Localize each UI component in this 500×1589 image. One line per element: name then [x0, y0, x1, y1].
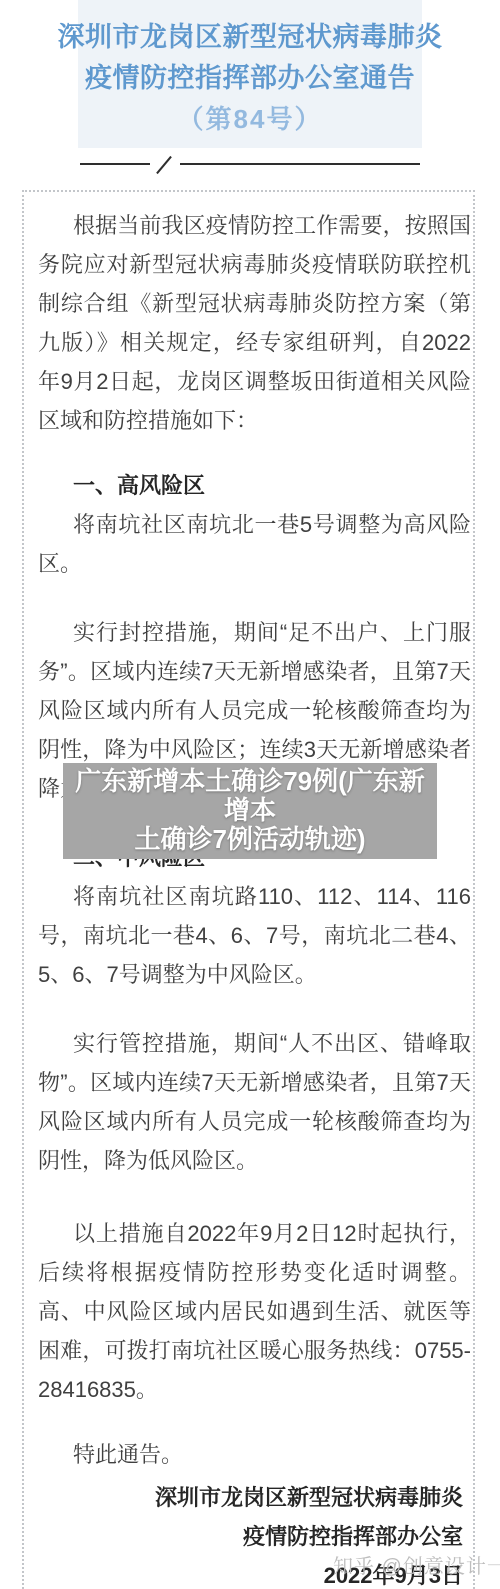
notice-body-box: 根据当前我区疫情防控工作需要，按照国务院应对新型冠状病毒肺炎疫情联防联控机制综合… — [22, 190, 475, 1589]
section1-paragraph1: 将南坑社区南坑北一巷5号调整为高风险区。 — [38, 505, 471, 583]
signature-org-line1: 深圳市龙岗区新型冠状病毒肺炎 — [155, 1478, 463, 1517]
notice-issue-number: （第84号） — [178, 99, 323, 140]
section1-heading: 一、高风险区 — [38, 466, 471, 505]
closing-measures-paragraph: 以上措施自2022年9月2日12时起执行，后续将根据疫情防控形势变化适时调整。高… — [38, 1214, 471, 1409]
hereby-notice-line: 特此通告。 — [38, 1435, 471, 1474]
banner-headline-line1: 广东新增本土确诊79例(广东新增本 — [63, 767, 437, 825]
intro-paragraph: 根据当前我区疫情防控工作需要，按照国务院应对新型冠状病毒肺炎疫情联防联控机制综合… — [38, 206, 471, 440]
section2-paragraph1: 将南坑社区南坑路110、112、114、116号，南坑北一巷4、6、7号，南坑北… — [38, 877, 471, 994]
zhihu-watermark: 知乎 @创意设计一分钟 — [333, 1550, 500, 1579]
notice-header-card: 深圳市龙岗区新型冠状病毒肺炎 疫情防控指挥部办公室通告 （第84号） — [78, 0, 422, 148]
banner-headline-line2: 土确诊7例活动轨迹) — [63, 825, 437, 854]
section2-paragraph2: 实行管控措施，期间“人不出区、错峰取物”。区域内连续7天无新增感染者，且第7天风… — [38, 1024, 471, 1180]
news-overlay-banner: 广东新增本土确诊79例(广东新增本 土确诊7例活动轨迹) — [63, 763, 437, 859]
slash-mark-icon — [156, 156, 172, 174]
notice-page: 深圳市龙岗区新型冠状病毒肺炎 疫情防控指挥部办公室通告 （第84号） 根据当前我… — [0, 0, 500, 1589]
divider-line-left — [80, 163, 150, 165]
notice-title-line1: 深圳市龙岗区新型冠状病毒肺炎 — [58, 17, 443, 58]
divider-line-right — [180, 163, 420, 165]
header-divider — [80, 152, 420, 178]
section-medium-risk: 二、中风险区 将南坑社区南坑路110、112、114、116号，南坑北一巷4、6… — [38, 838, 471, 994]
section-high-risk: 一、高风险区 将南坑社区南坑北一巷5号调整为高风险区。 — [38, 466, 471, 583]
notice-title-line2: 疫情防控指挥部办公室通告 — [85, 58, 415, 99]
